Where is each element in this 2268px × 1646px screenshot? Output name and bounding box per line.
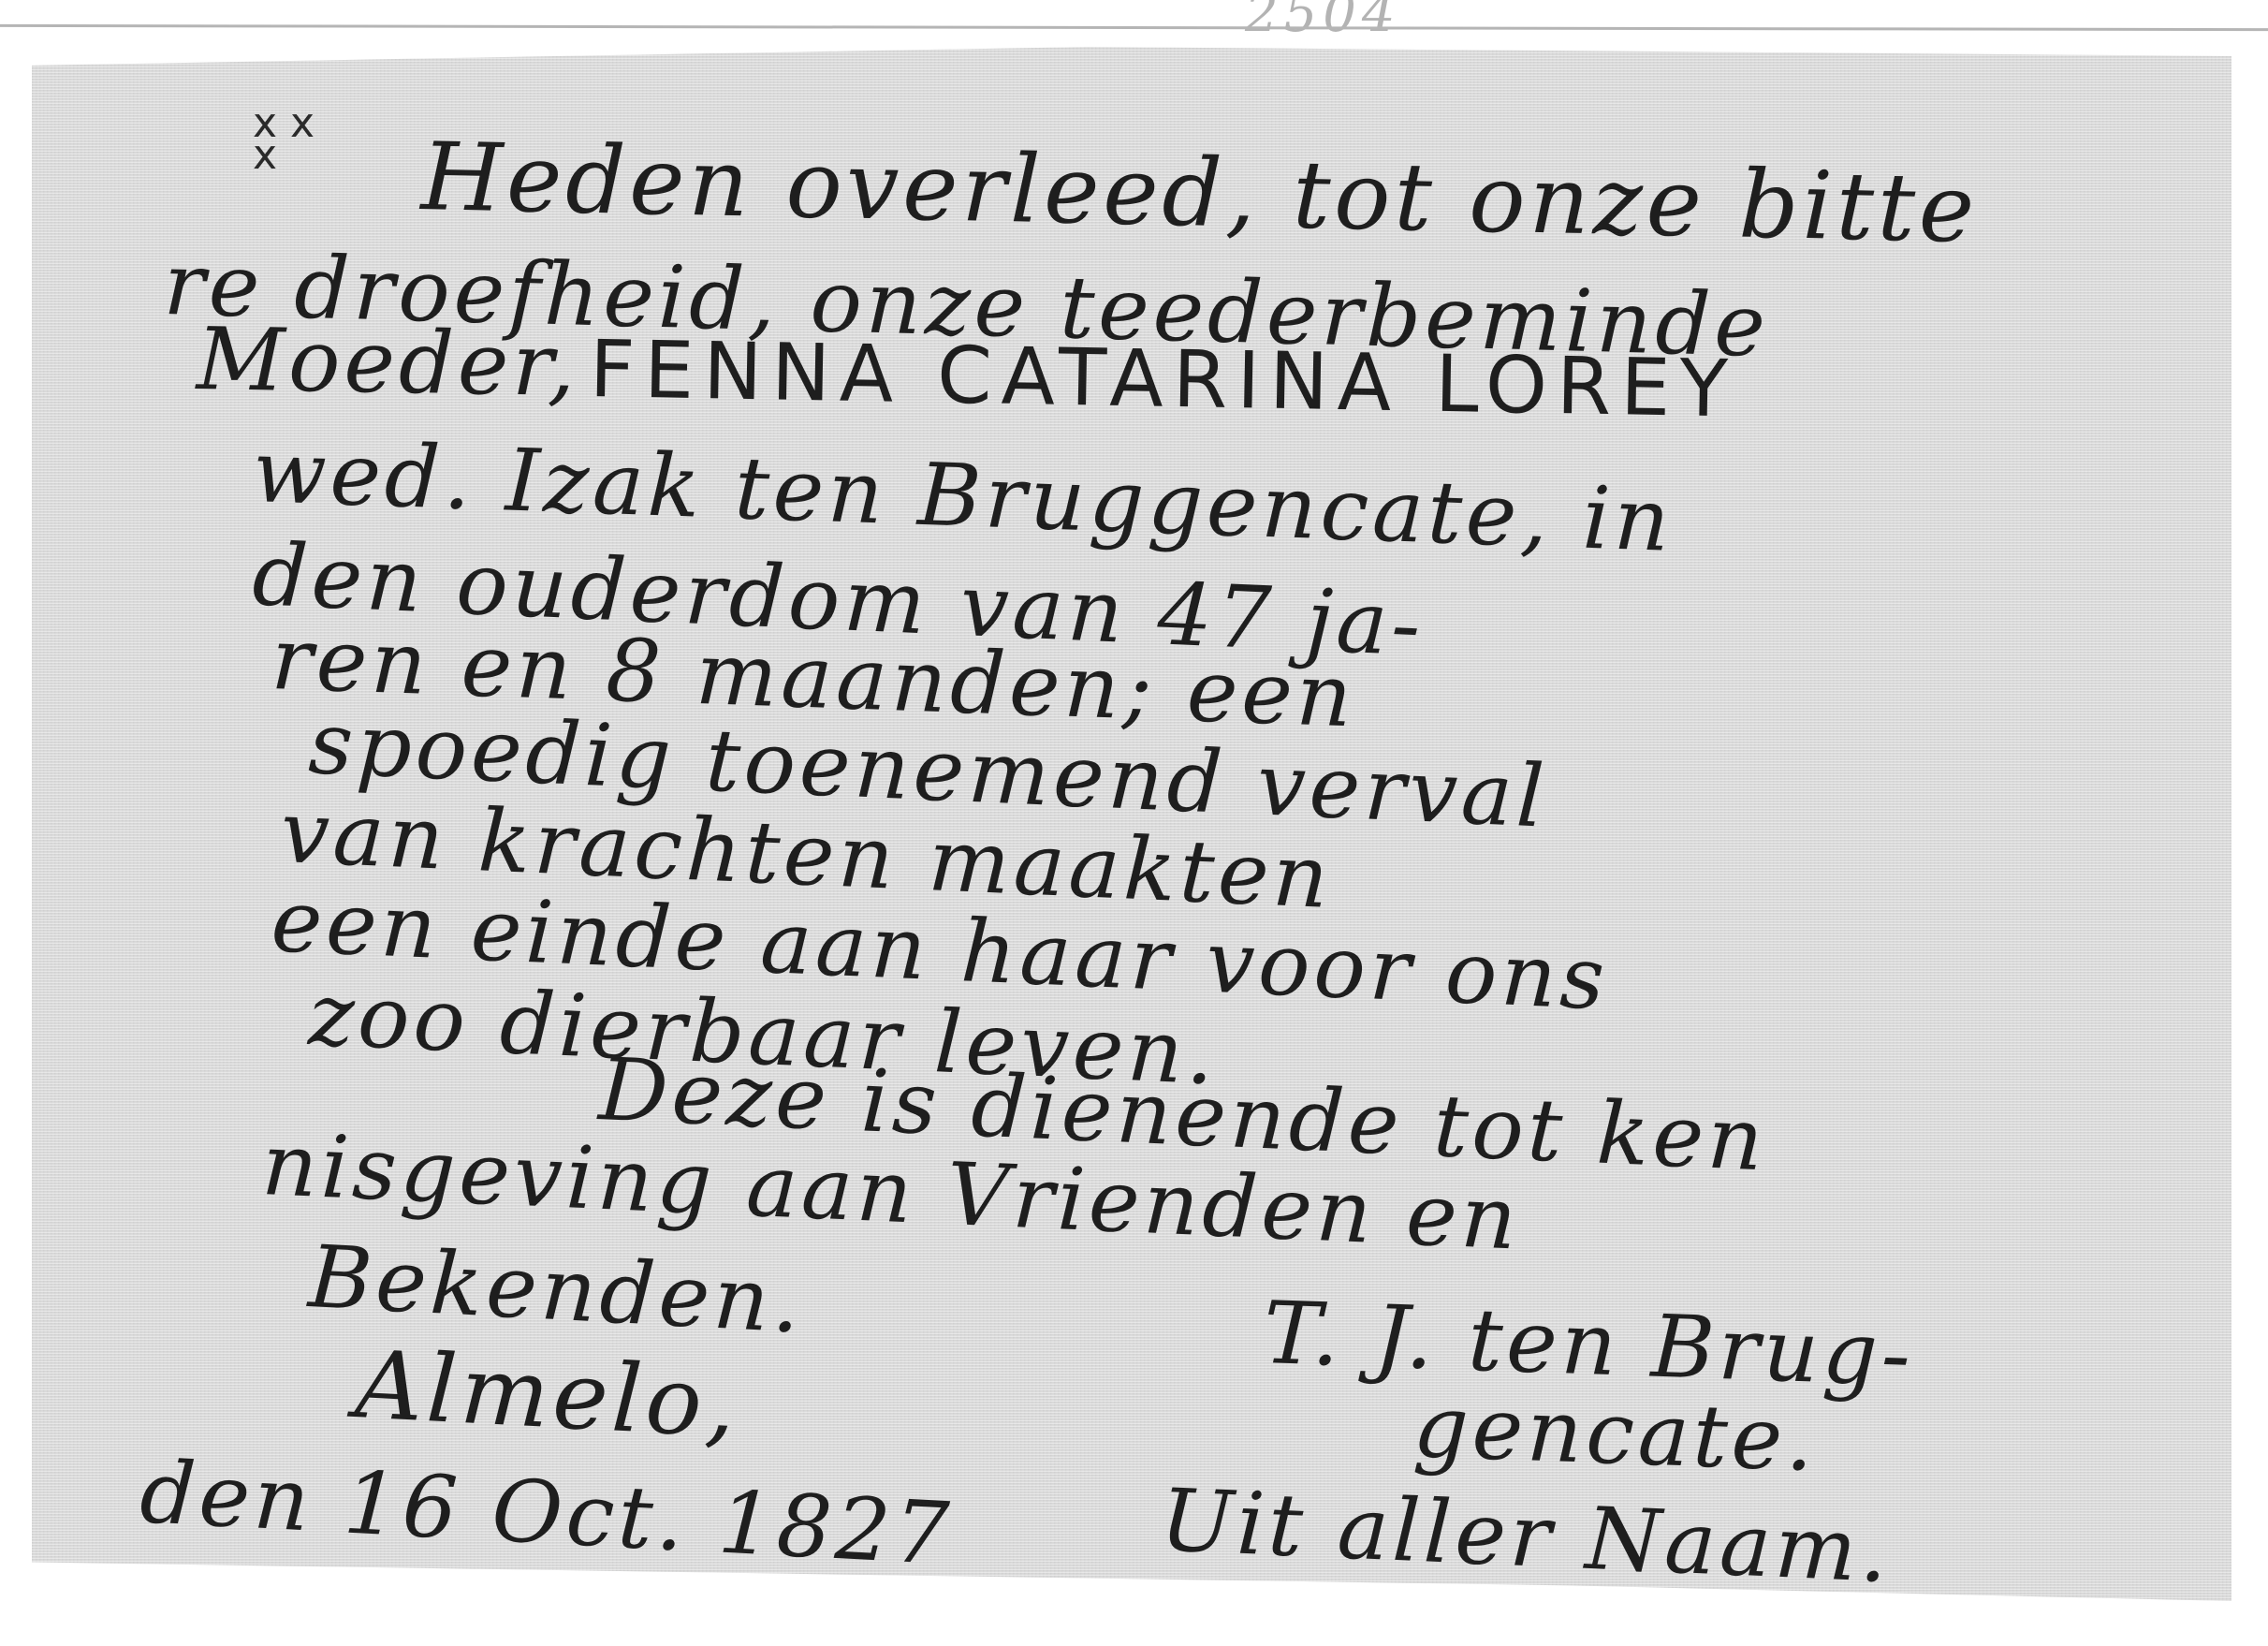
place-name: Almelo, xyxy=(353,1330,742,1459)
top-border-line xyxy=(0,24,2268,31)
text-line-3: Moeder, xyxy=(196,309,579,416)
margin-cross-marks: x x x xyxy=(253,108,315,171)
top-number-fragment: 2504 xyxy=(1245,0,1401,44)
signature-name-line-2: gencate. xyxy=(1412,1376,1819,1491)
